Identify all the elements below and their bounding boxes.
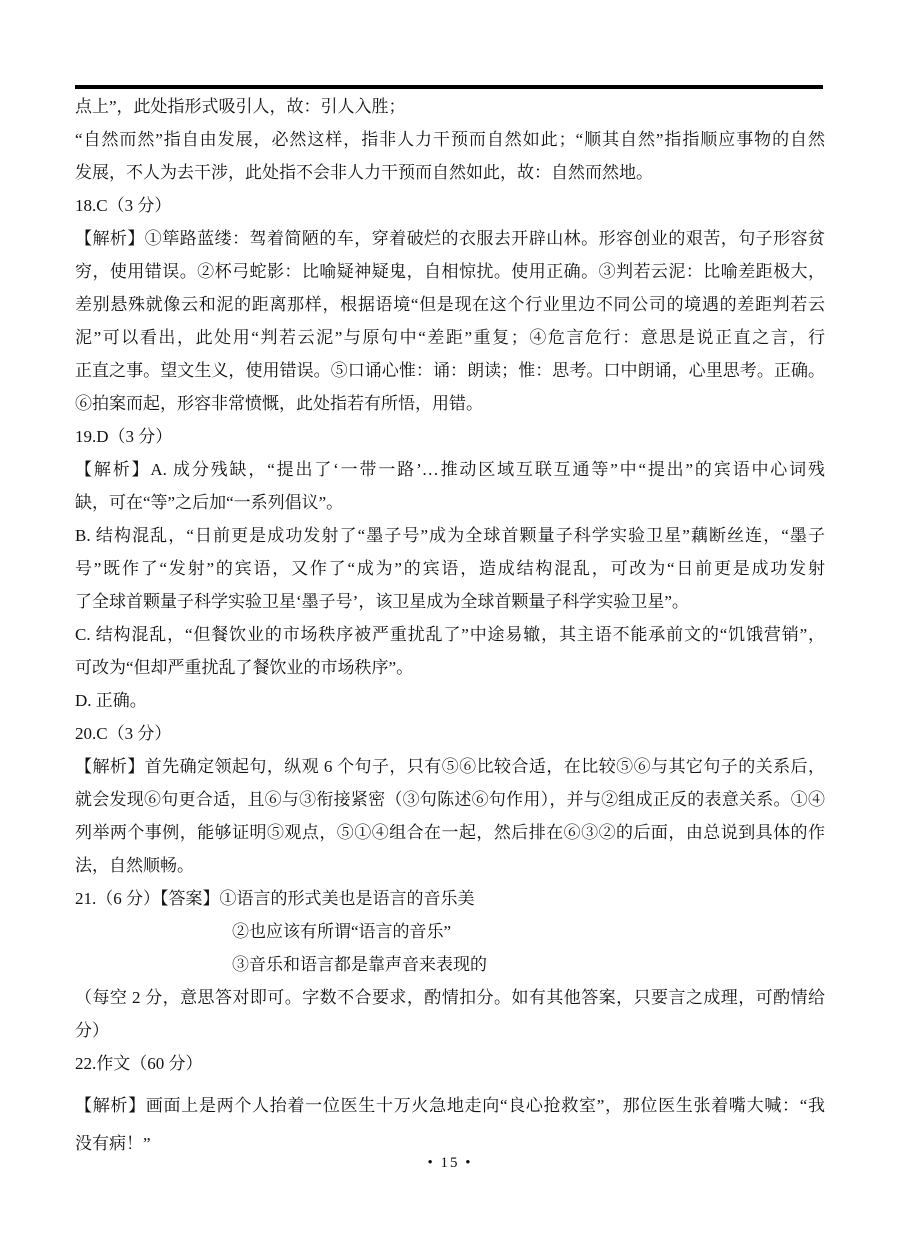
page-number: • 15 • bbox=[0, 1155, 900, 1172]
text-line: D. 正确。 bbox=[75, 684, 825, 717]
text-line: 差别悬殊就像云和泥的距离那样，根据语境“但是现在这个行业里边不同公司的境遇的差距… bbox=[75, 288, 825, 321]
text-line: 穷，使用错误。②杯弓蛇影：比喻疑神疑鬼，自相惊扰。使用正确。③判若云泥：比喻差距… bbox=[75, 255, 825, 288]
text-line: 22.作文（60 分） bbox=[75, 1047, 825, 1080]
text-line: 号”既作了“发射”的宾语，又作了“成为”的宾语，造成结构混乱，可改为“日前更是成… bbox=[75, 552, 825, 585]
text-line: 21.（6 分）【答案】①语言的形式美也是语言的音乐美 bbox=[75, 882, 825, 915]
text-line: “自然而然”指自由发展，必然这样，指非人力干预而自然如此；“顺其自然”指指顺应事… bbox=[75, 123, 825, 156]
text-line: 18.C（3 分） bbox=[75, 189, 825, 222]
text-line: 19.D（3 分） bbox=[75, 420, 825, 453]
header-rule bbox=[75, 85, 823, 89]
text-line: 【解析】首先确定领起句，纵观 6 个句子，只有⑤⑥比较合适，在比较⑤⑥与其它句子… bbox=[75, 750, 825, 783]
text-line: 列举两个事例，能够证明⑤观点，⑤①④组合在一起，然后排在⑥③②的后面，由总说到具… bbox=[75, 816, 825, 849]
text-line: 20.C（3 分） bbox=[75, 717, 825, 750]
text-line: ⑥拍案而起，形容非常愤慨，此处指若有所悟，用错。 bbox=[75, 387, 825, 420]
text-line: （每空 2 分，意思答对即可。字数不合要求，酌情扣分。如有其他答案，只要言之成理… bbox=[75, 981, 825, 1014]
text-line: 点上”，此处指形式吸引人，故：引人入胜； bbox=[75, 90, 825, 123]
text-line: 就会发现⑥句更合适，且⑥与③衔接紧密（③句陈述⑥句作用），并与②组成正反的表意关… bbox=[75, 783, 825, 816]
text-line: 【解析】A. 成分残缺，“提出了‘一带一路’…推动区域互联互通等”中“提出”的宾… bbox=[75, 453, 825, 486]
text-line: C. 结构混乱，“但餐饮业的市场秩序被严重扰乱了”中途易辙，其主语不能承前文的“… bbox=[75, 618, 825, 651]
text-line: 【解析】①筚路蓝缕：驾着简陋的车，穿着破烂的衣服去开辟山林。形容创业的艰苦，句子… bbox=[75, 222, 825, 255]
text-line: 发展，不人为去干涉，此处指不会非人力干预而自然如此，故：自然而然地。 bbox=[75, 156, 825, 189]
text-line: 可改为“但却严重扰乱了餐饮业的市场秩序”。 bbox=[75, 651, 825, 684]
text-line: ③音乐和语言都是靠声音来表现的 bbox=[75, 948, 825, 981]
text-line: 了全球首颗量子科学实验卫星‘墨子号’，该卫星成为全球首颗量子科学实验卫星”。 bbox=[75, 585, 825, 618]
text-line: ②也应该有所谓“语言的音乐” bbox=[75, 915, 825, 948]
text-line: B. 结构混乱，“日前更是成功发射了“墨子号”成为全球首颗量子科学实验卫星”藕断… bbox=[75, 519, 825, 552]
text-line: 缺，可在“等”之后加“一系列倡议”。 bbox=[75, 486, 825, 519]
text-line: 【解析】画面上是两个人抬着一位医生十万火急地走向“良心抢救室”，那位医生张着嘴大… bbox=[75, 1089, 825, 1122]
text-line: 泥”可以看出，此处用“判若云泥”与原句中“差距”重复；④危言危行：意思是说正直之… bbox=[75, 321, 825, 354]
document-page: 点上”，此处指形式吸引人，故：引人入胜；“自然而然”指自由发展，必然这样，指非人… bbox=[0, 0, 900, 1246]
text-line: 分） bbox=[75, 1014, 825, 1047]
text-line: 法，自然顺畅。 bbox=[75, 849, 825, 882]
text-line: 正直之事。望文生义，使用错误。⑤口诵心惟：诵：朗读；惟：思考。口中朗诵，心里思考… bbox=[75, 354, 825, 387]
document-body: 点上”，此处指形式吸引人，故：引人入胜；“自然而然”指自由发展，必然这样，指非人… bbox=[75, 90, 825, 1160]
